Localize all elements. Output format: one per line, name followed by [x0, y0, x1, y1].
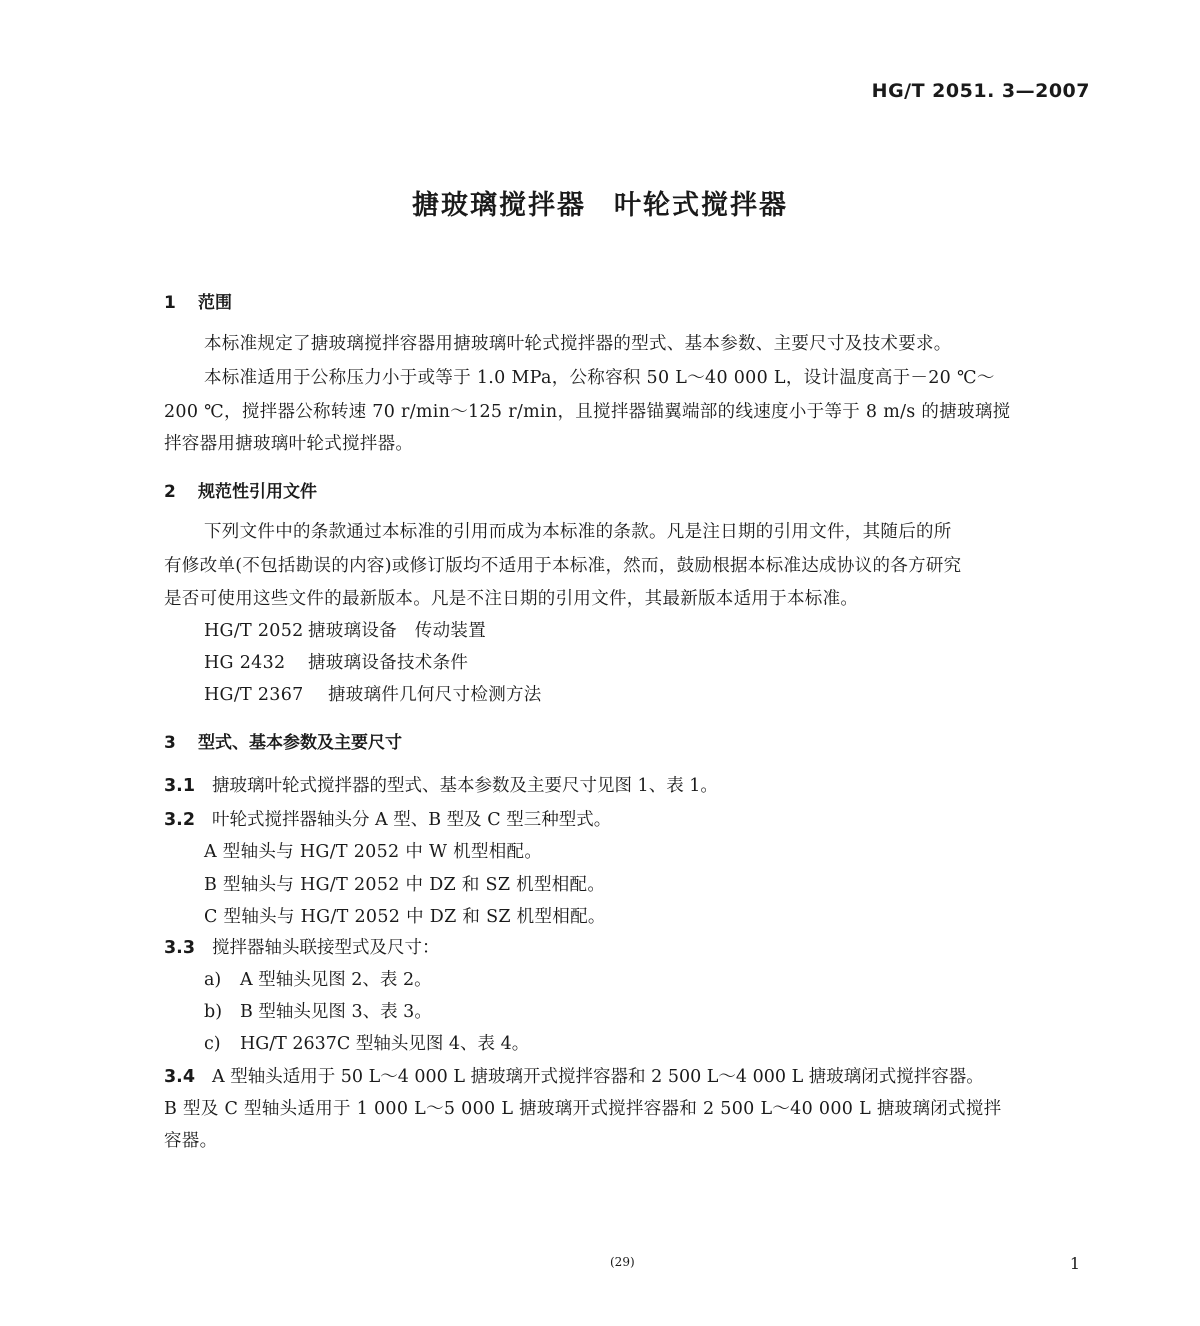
section-1-heading: 1范围	[164, 288, 232, 313]
list-item: a)A 型轴头见图 2、表 2。	[204, 966, 432, 991]
section-2-para-line-3: 是否可使用这些文件的最新版本。凡是不注日期的引用文件，其最新版本适用于本标准。	[164, 585, 858, 610]
document-title: 搪玻璃搅拌器叶轮式搅拌器	[0, 183, 1200, 222]
list-item: c)HG/T 2637C 型轴头见图 4、表 4。	[204, 1030, 529, 1055]
clause-3-4-line-3: 容器。	[164, 1127, 217, 1152]
section-1-para-2-line-3: 拌容器用搪玻璃叶轮式搅拌器。	[164, 430, 413, 455]
clause-3-2-line-a: A 型轴头与 HG/T 2052 中 W 机型相配。	[204, 838, 542, 863]
clause-3-2-line-c: C 型轴头与 HG/T 2052 中 DZ 和 SZ 机型相配。	[204, 903, 606, 928]
title-part-2: 叶轮式搅拌器	[614, 190, 788, 221]
clause-3-3: 3.3搅拌器轴头联接型式及尺寸：	[164, 934, 440, 959]
section-1-para-1: 本标准规定了搪玻璃搅拌容器用搪玻璃叶轮式搅拌器的型式、基本参数、主要尺寸及技术要…	[204, 330, 952, 355]
clause-3-1: 3.1搪玻璃叶轮式搅拌器的型式、基本参数及主要尺寸见图 1、表 1。	[164, 772, 718, 797]
clause-3-4: 3.4A 型轴头适用于 50 L～4 000 L 搪玻璃开式搅拌容器和 2 50…	[164, 1063, 984, 1088]
footer-page-ref: (29)	[610, 1255, 635, 1269]
standard-code: HG/T 2051. 3—2007	[872, 80, 1090, 102]
section-3-heading: 3型式、基本参数及主要尺寸	[164, 728, 402, 753]
clause-3-4-line-2: B 型及 C 型轴头适用于 1 000 L～5 000 L 搪玻璃开式搅拌容器和…	[164, 1095, 1001, 1120]
reference-item: HG/T 2052搪玻璃设备 传动装置	[204, 617, 486, 642]
list-item: b)B 型轴头见图 3、表 3。	[204, 998, 432, 1023]
page-number: 1	[1070, 1254, 1080, 1273]
section-2-para-line-2: 有修改单(不包括勘误的内容)或修订版均不适用于本标准，然而，鼓励根据本标准达成协…	[164, 552, 961, 577]
reference-item: HG 2432搪玻璃设备技术条件	[204, 649, 468, 674]
section-1-para-2-line-2: 200 ℃，搅拌器公称转速 70 r/min～125 r/min，且搅拌器锚翼端…	[164, 398, 1010, 423]
reference-item: HG/T 2367搪玻璃件几何尺寸检测方法	[204, 681, 542, 706]
section-2-heading: 2规范性引用文件	[164, 477, 317, 502]
title-part-1: 搪玻璃搅拌器	[412, 190, 586, 221]
clause-3-2-line-b: B 型轴头与 HG/T 2052 中 DZ 和 SZ 机型相配。	[204, 871, 605, 896]
section-1-para-2-line-1: 本标准适用于公称压力小于或等于 1.0 MPa，公称容积 50 L～40 000…	[204, 364, 995, 389]
section-2-para-line-1: 下列文件中的条款通过本标准的引用而成为本标准的条款。凡是注日期的引用文件，其随后…	[204, 518, 952, 543]
clause-3-2: 3.2叶轮式搅拌器轴头分 A 型、B 型及 C 型三种型式。	[164, 806, 611, 831]
